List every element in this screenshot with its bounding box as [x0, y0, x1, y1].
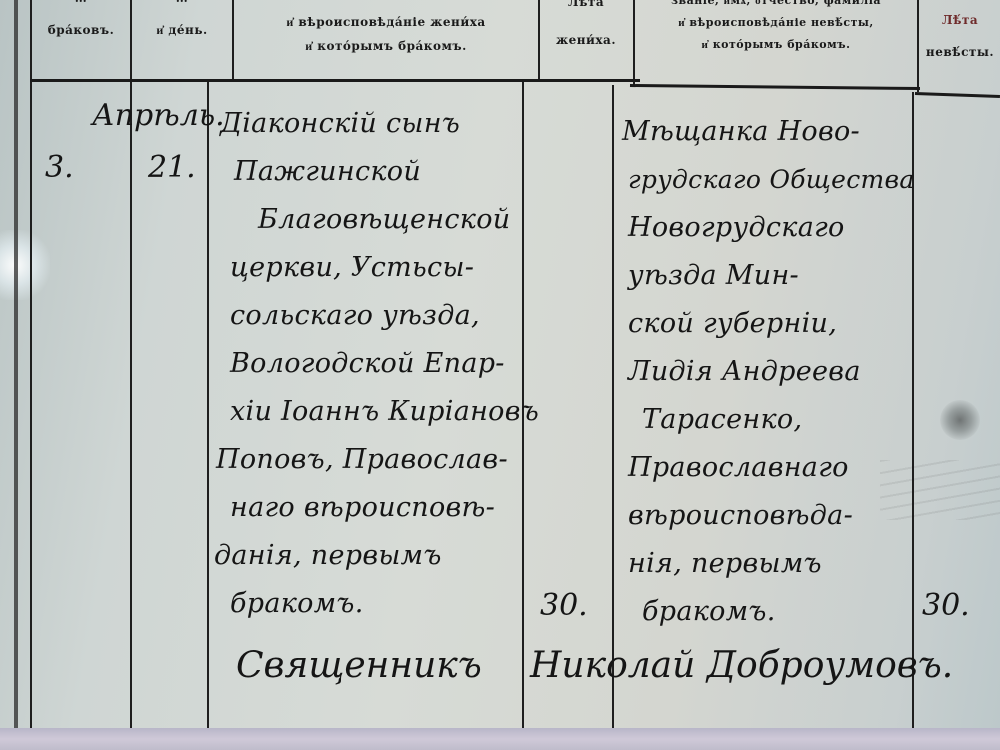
header-rule-left: [30, 79, 640, 82]
header-groom-line1: и҆ вѣроисповѣда́ніе жени́ха: [236, 10, 536, 34]
header-date-line2: и҆ де́нь.: [134, 18, 230, 42]
groom-line: Поповъ, Православ-: [214, 436, 539, 484]
header-date: … и҆ де́нь.: [134, 0, 230, 42]
groom-line: Благовѣщенской: [214, 196, 539, 244]
groom-description: Діаконскій сынъ Пажгинской Благовѣщенско…: [214, 100, 539, 628]
groom-line: церкви, Устьсы-: [214, 244, 539, 292]
header-bride-line1: и҆ вѣроисповѣда́ніе невѣ́сты,: [636, 12, 916, 34]
header-number-line2: бра́ковъ.: [32, 18, 130, 42]
header-bride-age-line1: Лѣ́та: [920, 8, 1000, 32]
header-groom-age-line2: жени́ха.: [541, 28, 631, 52]
page-bottom-edge: [0, 728, 1000, 750]
header-number: … бра́ковъ.: [32, 0, 130, 42]
bride-line: грудскаго Общества: [618, 156, 915, 204]
header-bride-line0: зва́ніе, и҆мѧ, о҆́тчество, фами́лїа: [636, 0, 916, 12]
groom-age: 30.: [540, 588, 588, 623]
groom-line: хіи Іоаннъ Киріановъ: [214, 388, 539, 436]
header-bride-age-line2: невѣ́сты.: [920, 40, 1000, 64]
bride-line: Лидія Андреева: [618, 348, 915, 396]
header-groom-age-line1: Лѣ́та: [541, 0, 631, 14]
bride-line: Новогрудскаго: [618, 204, 915, 252]
groom-line: бракомъ.: [214, 580, 539, 628]
bride-line: вѣроисповѣда-: [618, 492, 915, 540]
column-rule-2a: [232, 0, 234, 80]
header-bride-line2: и҆ кото́рымъ бра́комъ.: [636, 34, 916, 56]
header-groom-age: Лѣ́та жени́ха.: [541, 0, 631, 52]
signature-name: Николай Доброумовъ.: [530, 645, 953, 686]
header-number-line1: …: [32, 0, 130, 10]
bride-line: ской губерніи,: [618, 300, 915, 348]
bride-line: Православнаго: [618, 444, 915, 492]
header-groom-line2: и҆ кото́рымъ бра́комъ.: [236, 34, 536, 58]
header-date-line1: …: [134, 0, 230, 10]
header-groom: и҆ вѣроисповѣда́ніе жени́ха и҆ кото́рымъ…: [236, 10, 536, 58]
entry-month: Апрѣль.: [92, 98, 225, 133]
register-page: … бра́ковъ. … и҆ де́нь. и҆ вѣроисповѣда́…: [0, 0, 1000, 750]
bride-age: 30.: [922, 588, 970, 623]
signature-title: Священникъ: [236, 645, 482, 686]
paper-stain: [940, 400, 980, 440]
groom-line: Діаконскій сынъ: [214, 100, 539, 148]
header-rule-mid: [630, 84, 920, 90]
groom-line: наго вѣроисповѣ-: [214, 484, 539, 532]
bride-line: уѣзда Мин-: [618, 252, 915, 300]
header-bride: зва́ніе, и҆мѧ, о҆́тчество, фами́лїа и҆ в…: [636, 0, 916, 56]
column-rule-0: [30, 0, 32, 730]
column-rule-5a: [917, 0, 919, 92]
groom-line: Пажгинской: [214, 148, 539, 196]
header-bride-age: Лѣ́та невѣ́сты.: [920, 8, 1000, 64]
bride-line: Мѣщанка Ново-: [618, 108, 915, 156]
column-rule-4a: [633, 0, 635, 85]
bride-line: Тарасенко,: [618, 396, 915, 444]
bride-line: нія, первымъ: [618, 540, 915, 588]
page-edge-shadow: [14, 0, 18, 730]
light-glare: [0, 230, 50, 300]
column-rule-3a: [538, 0, 540, 80]
column-rule-2: [207, 80, 209, 730]
bride-description: Мѣщанка Ново- грудскаго Общества Новогру…: [618, 108, 915, 636]
groom-line: Вологодской Епар-: [214, 340, 539, 388]
bride-line: бракомъ.: [618, 588, 915, 636]
column-rule-4: [612, 85, 614, 730]
header-rule-right: [915, 92, 1000, 98]
entry-number: 3.: [45, 150, 74, 185]
entry-day: 21.: [148, 150, 196, 185]
groom-line: данія, первымъ: [214, 532, 539, 580]
groom-line: сольскаго уѣзда,: [214, 292, 539, 340]
